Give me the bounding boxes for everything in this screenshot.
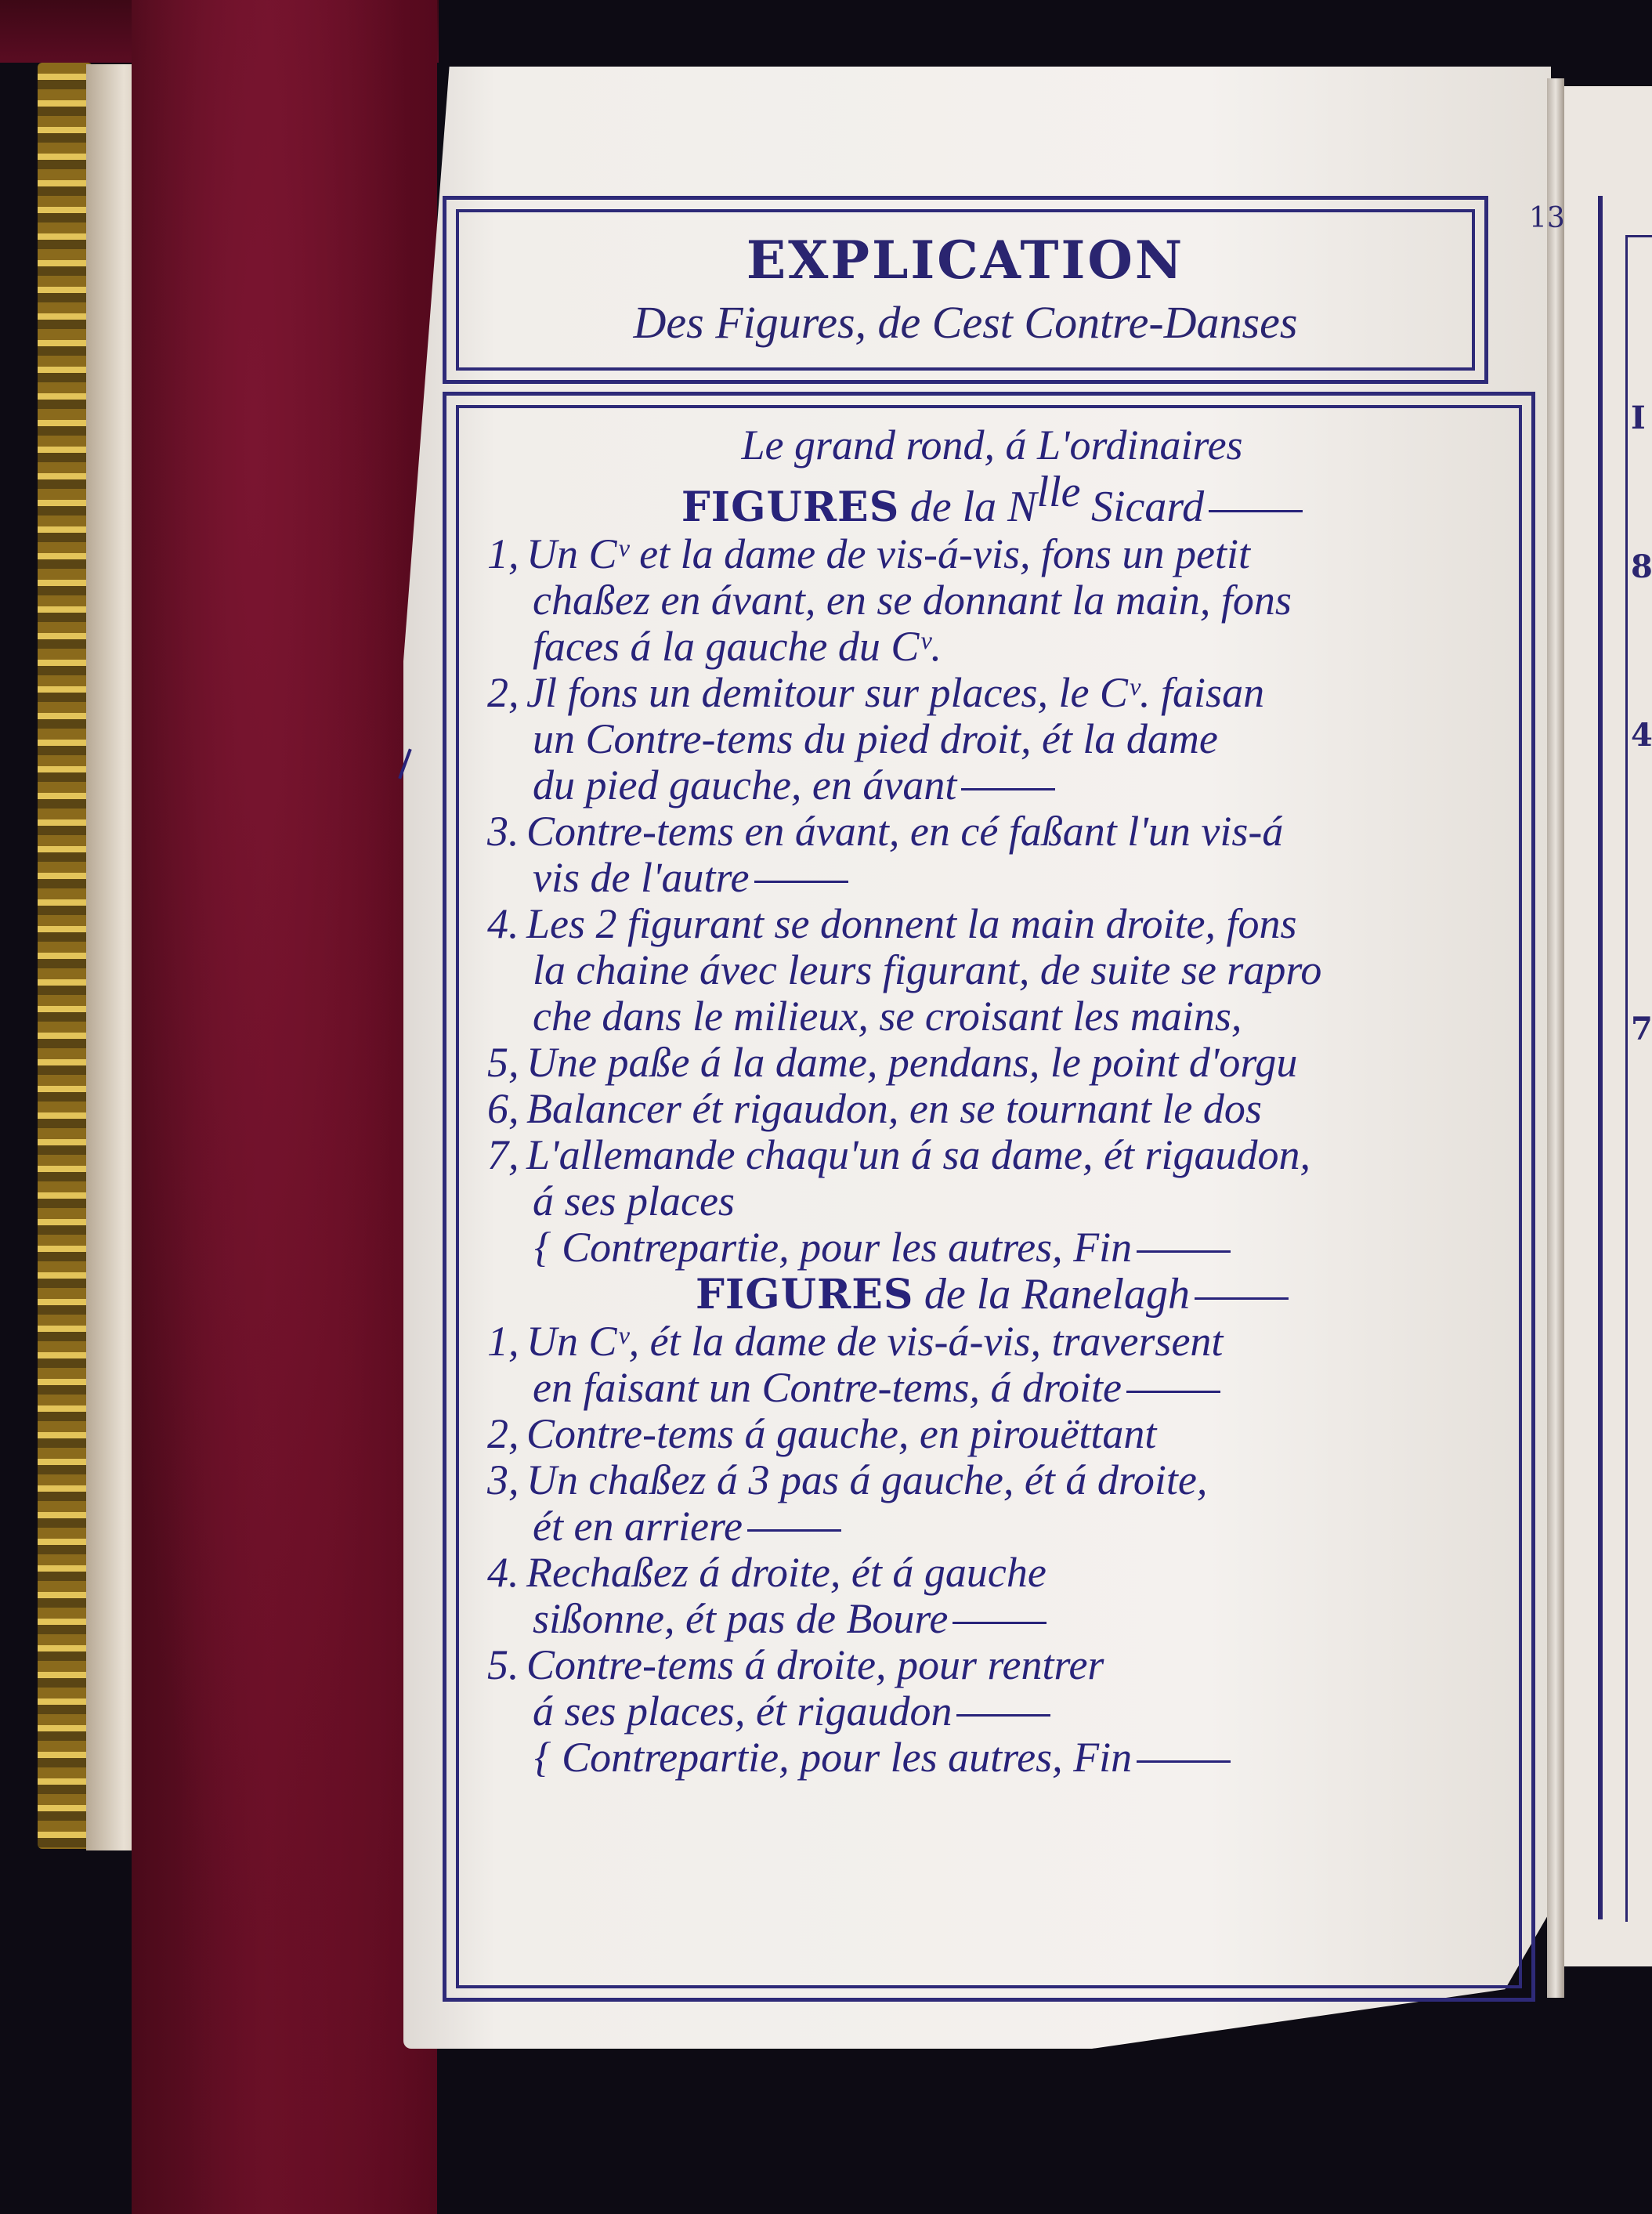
figure-text: Balancer ét rigaudon, en se tournant le …: [526, 1085, 1262, 1132]
figure-line: 4.Rechaßez á droite, ét á gauche: [487, 1550, 1497, 1596]
figure-line: 3,Un chaßez á 3 pas á gauche, ét á droit…: [487, 1457, 1497, 1503]
figure-line: ét en arriere: [487, 1503, 1497, 1550]
page-title: EXPLICATION: [746, 234, 1184, 286]
figure-text: L'allemande chaqu'un á sa dame, ét rigau…: [526, 1131, 1310, 1178]
figure-number: 6,: [487, 1086, 526, 1132]
figure-text: Une paße á la dame, pendans, le point d'…: [526, 1039, 1297, 1086]
adjacent-page-number: 7: [1631, 1011, 1652, 1047]
book-gutter: [1547, 78, 1564, 1998]
figure-text: Contre-tems en ávant, en cé faßant l'un …: [526, 808, 1283, 855]
heading-script: de la N: [910, 483, 1037, 531]
figure-text: Les 2 figurant se donnent la main droite…: [526, 900, 1297, 947]
contrepartie-line: { Contrepartie, pour les autres, Fin: [487, 1225, 1497, 1271]
figure-number: 1,: [487, 1319, 526, 1365]
book-photo: I 8 4 7 13 EXPLICATION Des Figures, de C…: [0, 0, 1652, 2214]
figure-line: 2,Contre-tems á gauche, en pirouëttant: [487, 1411, 1497, 1457]
figure-text: Jl fons un demitour sur places, le Cᵛ. f…: [526, 669, 1264, 716]
contrepartie-line: { Contrepartie, pour les autres, Fin: [487, 1735, 1497, 1781]
heading-sup: lle: [1037, 468, 1081, 516]
figure-line: 5.Contre-tems á droite, pour rentrer: [487, 1642, 1497, 1688]
title-inner-frame: EXPLICATION Des Figures, de Cest Contre-…: [456, 209, 1475, 371]
figure-number: 2,: [487, 1411, 526, 1457]
section-lines-sicard: 1,Un Cᵛ et la dame de vis-á-vis, fons un…: [487, 531, 1497, 1271]
figure-text: Rechaßez á droite, ét á gauche: [526, 1549, 1047, 1596]
figure-number: 5.: [487, 1642, 526, 1688]
figure-line: en faisant un Contre-tems, á droite: [487, 1365, 1497, 1411]
title-frame: EXPLICATION Des Figures, de Cest Contre-…: [443, 196, 1488, 384]
figure-text: Un Cᵛ, ét la dame de vis-á-vis, traverse…: [526, 1318, 1223, 1365]
section-heading-ranelagh: FIGURES de la Ranelagh: [487, 1271, 1497, 1319]
figure-line: 6,Balancer ét rigaudon, en se tournant l…: [487, 1086, 1497, 1132]
figure-line: 2,Jl fons un demitour sur places, le Cᵛ.…: [487, 670, 1497, 716]
figure-line: 4.Les 2 figurant se donnent la main droi…: [487, 901, 1497, 947]
figure-line: á ses places, ét rigaudon: [487, 1688, 1497, 1735]
figure-text: Un chaßez á 3 pas á gauche, ét á droite,: [526, 1456, 1207, 1503]
figure-text: Contre-tems á droite, pour rentrer: [526, 1641, 1104, 1688]
figure-text: Contre-tems á gauche, en pirouëttant: [526, 1410, 1156, 1457]
figure-line: du pied gauche, en ávant: [487, 762, 1497, 809]
figure-number: 3.: [487, 809, 526, 855]
page-number: 13: [1529, 202, 1565, 234]
figure-number: 2,: [487, 670, 526, 716]
figure-number: 3,: [487, 1457, 526, 1503]
velvet-ribbon: [132, 0, 437, 2214]
figure-number: 4.: [487, 901, 526, 947]
figure-number: 1,: [487, 531, 526, 577]
figure-line: vis de l'autre: [487, 855, 1497, 901]
figure-number: 4.: [487, 1550, 526, 1596]
heading-caps: FIGURES: [681, 483, 899, 531]
figure-line: un Contre-tems du pied droit, ét la dame: [487, 716, 1497, 762]
figure-text: Un Cᵛ et la dame de vis-á-vis, fons un p…: [526, 530, 1250, 577]
figure-line: 5,Une paße á la dame, pendans, le point …: [487, 1040, 1497, 1086]
heading-caps: FIGURES: [696, 1271, 913, 1319]
body-frame: Le grand rond, á L'ordinaires FIGURES de…: [443, 392, 1535, 2002]
figure-line: faces á la gauche du Cᵛ.: [487, 624, 1497, 670]
figure-line: á ses places: [487, 1178, 1497, 1225]
heading-script: de la Ranelagh: [924, 1270, 1289, 1319]
figure-line: 7,L'allemande chaqu'un á sa dame, ét rig…: [487, 1132, 1497, 1178]
adjacent-page-number: 8: [1631, 548, 1652, 585]
figure-line: chaßez en ávant, en se donnant la main, …: [487, 577, 1497, 624]
gilt-book-edge: [38, 63, 92, 1849]
figure-number: 5,: [487, 1040, 526, 1086]
figure-line: la chaine ávec leurs figurant, de suite …: [487, 947, 1497, 993]
figure-line: che dans le milieux, se croisant les mai…: [487, 993, 1497, 1040]
adjacent-page-number: I: [1631, 400, 1646, 436]
heading-name: Sicard: [1091, 483, 1303, 531]
adjacent-page-inner-frame: [1625, 235, 1652, 1922]
section-heading-sicard: FIGURES de la Nlle Sicard: [487, 468, 1497, 531]
figure-line: 1,Un Cᵛ, ét la dame de vis-á-vis, traver…: [487, 1319, 1497, 1365]
section-lines-ranelagh: 1,Un Cᵛ, ét la dame de vis-á-vis, traver…: [487, 1319, 1497, 1781]
intro-line: Le grand rond, á L'ordinaires: [487, 422, 1497, 468]
figure-line: 1,Un Cᵛ et la dame de vis-á-vis, fons un…: [487, 531, 1497, 577]
adjacent-page-number: 4: [1631, 717, 1652, 754]
figure-line: sißonne, ét pas de Boure: [487, 1596, 1497, 1642]
figure-line: 3.Contre-tems en ávant, en cé faßant l'u…: [487, 809, 1497, 855]
figure-number: 7,: [487, 1132, 526, 1178]
page-subtitle: Des Figures, de Cest Contre-Danses: [634, 300, 1298, 345]
body-inner-frame: Le grand rond, á L'ordinaires FIGURES de…: [456, 405, 1522, 1988]
